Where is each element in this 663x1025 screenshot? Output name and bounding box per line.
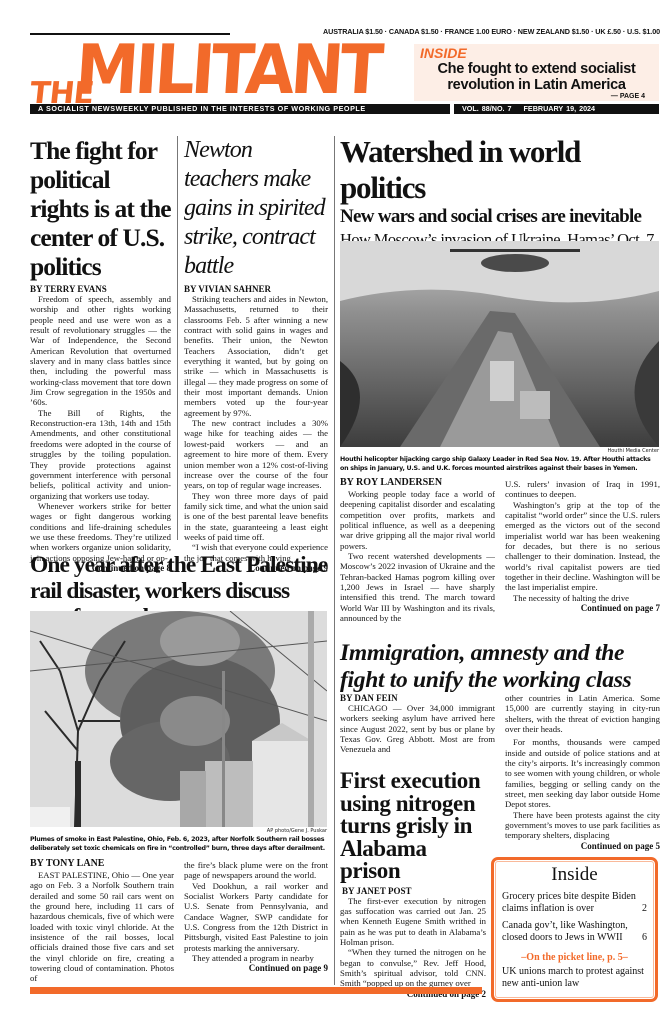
paragraph: The Bill of Rights, the Reconstruction-e… — [30, 408, 171, 501]
tagline: A SOCIALIST NEWSWEEKLY PUBLISHED IN THE … — [30, 104, 450, 114]
article-body: the fire’s black plume were on the front… — [184, 860, 328, 963]
column-2: U.S. rulers’ invasion of Iraq in 1991, c… — [505, 477, 660, 623]
article-body: Striking teachers and aides in Newton, M… — [184, 294, 328, 563]
byline: BY TONY LANE — [30, 858, 174, 870]
article-body: Freedom of speech, assembly and worship … — [30, 294, 171, 563]
headline[interactable]: The fight for political rights is at the… — [30, 136, 171, 281]
paragraph: other countries in Latin America. Some 1… — [505, 693, 660, 734]
column-2: other countries in Latin America. Some 1… — [505, 693, 660, 852]
headline[interactable]: Watershed in world politics — [340, 134, 660, 206]
column-2: the fire’s black plume were on the front… — [184, 858, 328, 984]
article-body: U.S. rulers’ invasion of Iraq in 1991, c… — [505, 479, 660, 603]
inside-promo-headline-2: revolution in Latin America — [420, 77, 653, 93]
paragraph: Freedom of speech, assembly and worship … — [30, 294, 171, 408]
byline: BY VIVIAN SAHNER — [184, 284, 328, 294]
continued-link[interactable]: Continued on page 5 — [505, 841, 660, 852]
inside-promo-headline-1: Che fought to extend socialist — [420, 61, 653, 77]
watershed-body: BY ROY LANDERSEN Working people today fa… — [340, 477, 660, 623]
paragraph: The new contract includes a 30% wage hik… — [184, 418, 328, 490]
article-immigration: Immigration, amnesty and the fight to un… — [340, 640, 660, 694]
article-body: other countries in Latin America. Some 1… — [505, 693, 660, 841]
paragraph: For months, thousands were camped inside… — [505, 737, 660, 809]
paragraph: “When they turned the nitrogen on he beg… — [340, 947, 486, 988]
inside-promo[interactable]: INSIDE Che fought to extend socialist re… — [414, 44, 659, 101]
inside-promo-page: — PAGE 4 — [420, 93, 653, 100]
article-body: EAST PALESTINE, Ohio — One year ago on F… — [30, 870, 174, 984]
photo-east-palestine[interactable] — [30, 611, 327, 827]
paragraph: Two recent watershed developments — Mosc… — [340, 551, 495, 623]
inside-item-text: Grocery prices bite despite Biden claims… — [502, 891, 642, 915]
continued-link[interactable]: Continued on page 9 — [184, 963, 328, 974]
picket-line-label[interactable]: –On the picket line, p. 5– — [502, 952, 647, 963]
paragraph: The first-ever execution by nitrogen gas… — [340, 896, 486, 948]
paragraph: Ved Dookhun, a rail worker and Socialist… — [184, 881, 328, 953]
byline: BY DAN FEIN — [340, 693, 495, 703]
volume-date-bar: VOL. 88/NO. 7 FEBRUARY 19, 2024 — [454, 104, 659, 114]
helicopter-ship-image — [340, 241, 659, 447]
paragraph: They won three more days of paid family … — [184, 491, 328, 543]
headline[interactable]: Immigration, amnesty and the fight to un… — [340, 640, 660, 694]
paragraph: Working people today face a world of dee… — [340, 489, 495, 551]
byline: BY ROY LANDERSEN — [340, 477, 495, 489]
inside-item-text: Canada gov’t, like Washington, closed do… — [502, 920, 642, 944]
inside-item[interactable]: Canada gov’t, like Washington, closed do… — [502, 920, 647, 944]
inside-box-title: Inside — [502, 864, 647, 886]
article-newton-teachers: Newton teachers make gains in spirited s… — [184, 136, 328, 574]
inside-item-page: 2 — [642, 903, 647, 915]
continued-link[interactable]: Continued on page 7 — [505, 603, 660, 614]
photo-credit: AP photo/Gene J. Puskar — [30, 828, 327, 834]
inside-item[interactable]: Grocery prices bite despite Biden claims… — [502, 891, 647, 915]
article-body: CHICAGO — Over 34,000 immigrant workers … — [340, 703, 495, 755]
paragraph: U.S. rulers’ invasion of Iraq in 1991, c… — [505, 479, 660, 500]
article-body: Working people today face a world of dee… — [340, 489, 495, 623]
inside-index-box: Inside Grocery prices bite despite Biden… — [491, 857, 658, 1002]
photo-caption: Plumes of smoke in East Palestine, Ohio,… — [30, 835, 330, 853]
headline[interactable]: First execution using nitrogen turns gri… — [340, 770, 486, 883]
paragraph: EAST PALESTINE, Ohio — One year ago on F… — [30, 870, 174, 984]
logo-militant: MILITANT — [73, 36, 381, 106]
inside-item-text: UK unions march to protest against new a… — [502, 966, 647, 990]
column-1: BY ROY LANDERSEN Working people today fa… — [340, 477, 495, 623]
footer-orange-bar — [30, 987, 482, 994]
paragraph: Washington’s grip at the top of the capi… — [505, 500, 660, 593]
article-body: The first-ever execution by nitrogen gas… — [340, 896, 486, 989]
inside-item[interactable]: UK unions march to protest against new a… — [502, 966, 647, 990]
article-political-rights: The fight for political rights is at the… — [30, 136, 171, 574]
paragraph: the fire’s black plume were on the front… — [184, 860, 328, 881]
volume-number: VOL. 88/NO. 7 — [462, 104, 512, 113]
column-1: BY TONY LANE EAST PALESTINE, Ohio — One … — [30, 858, 174, 984]
byline: BY TERRY EVANS — [30, 284, 171, 294]
article-nitrogen: First execution using nitrogen turns gri… — [340, 770, 486, 1000]
subheadline: New wars and social crises are inevitabl… — [340, 206, 660, 228]
column-divider — [334, 136, 335, 985]
inside-item-page: 6 — [642, 932, 647, 944]
photo-caption: Houthi helicopter hijacking cargo ship G… — [340, 455, 660, 473]
byline: BY JANET POST — [340, 886, 486, 896]
column-divider — [177, 136, 178, 540]
photo-credit: Houthi Media Center — [340, 448, 659, 454]
paragraph: They attended a program in nearby — [184, 953, 328, 963]
paragraph: CHICAGO — Over 34,000 immigrant workers … — [340, 703, 495, 755]
east-palestine-body: BY TONY LANE EAST PALESTINE, Ohio — One … — [30, 858, 328, 984]
headline[interactable]: Newton teachers make gains in spirited s… — [184, 136, 328, 281]
paragraph: Striking teachers and aides in Newton, M… — [184, 294, 328, 418]
smoke-plume-image — [30, 611, 327, 827]
photo-galaxy-leader[interactable] — [340, 241, 659, 447]
issue-date: FEBRUARY 19, 2024 — [524, 104, 596, 113]
paragraph: There have been protests against the cit… — [505, 810, 660, 841]
paragraph: The necessity of halting the drive — [505, 593, 660, 603]
inside-promo-label: INSIDE — [420, 46, 653, 61]
